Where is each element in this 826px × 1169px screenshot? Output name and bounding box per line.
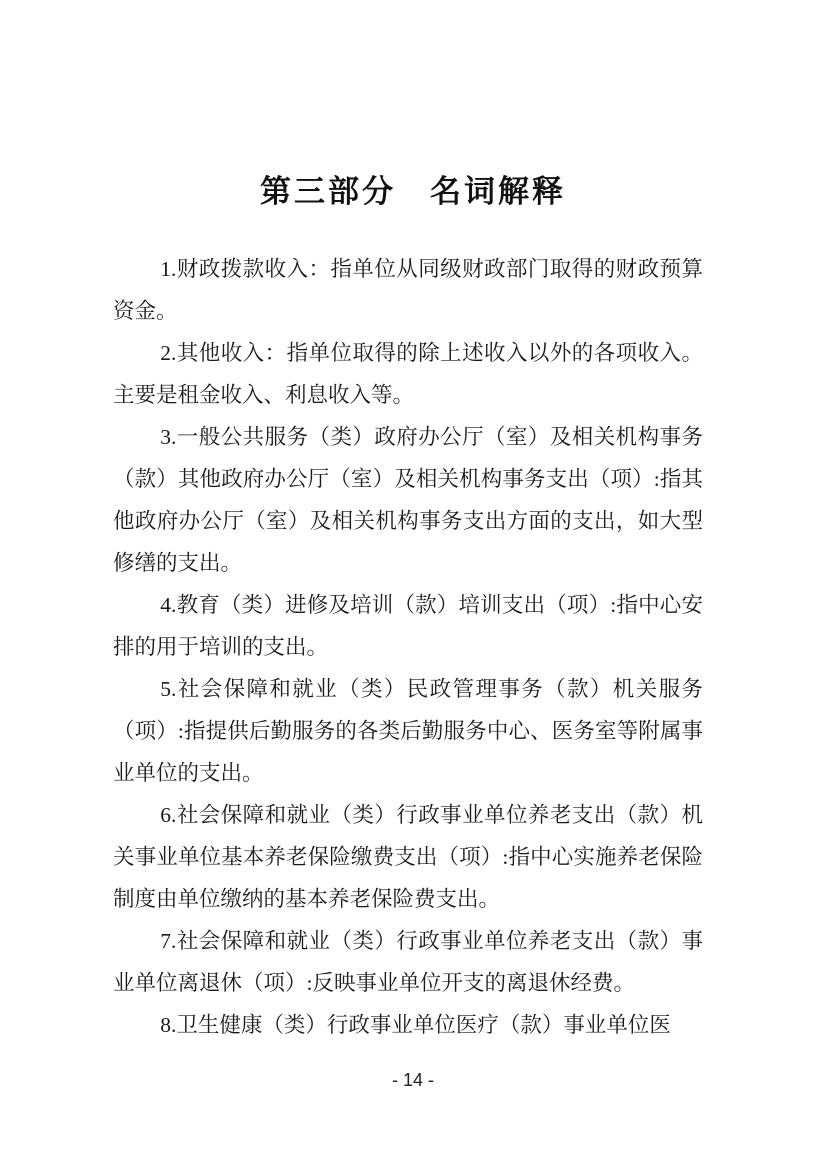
paragraph-3: 3.一般公共服务（类）政府办公厅（室）及相关机构事务（款）其他政府办公厅（室）及… <box>113 416 703 584</box>
page-title: 第三部分 名词解释 <box>0 166 826 211</box>
document-page: 第三部分 名词解释 1.财政拨款收入：指单位从同级财政部门取得的财政预算资金。 … <box>0 0 826 1169</box>
paragraph-5: 5.社会保障和就业（类）民政管理事务（款）机关服务（项）:指提供后勤服务的各类后… <box>113 668 703 794</box>
document-body: 1.财政拨款收入：指单位从同级财政部门取得的财政预算资金。 2.其他收入：指单位… <box>113 248 703 1046</box>
paragraph-2: 2.其他收入：指单位取得的除上述收入以外的各项收入。主要是租金收入、利息收入等。 <box>113 332 703 416</box>
paragraph-1: 1.财政拨款收入：指单位从同级财政部门取得的财政预算资金。 <box>113 248 703 332</box>
paragraph-6: 6.社会保障和就业（类）行政事业单位养老支出（款）机关事业单位基本养老保险缴费支… <box>113 794 703 920</box>
paragraph-4: 4.教育（类）进修及培训（款）培训支出（项）:指中心安排的用于培训的支出。 <box>113 584 703 668</box>
paragraph-8: 8.卫生健康（类）行政事业单位医疗（款）事业单位医 <box>113 1004 703 1046</box>
page-number: - 14 - <box>0 1070 826 1091</box>
paragraph-7: 7.社会保障和就业（类）行政事业单位养老支出（款）事业单位离退休（项）:反映事业… <box>113 920 703 1004</box>
